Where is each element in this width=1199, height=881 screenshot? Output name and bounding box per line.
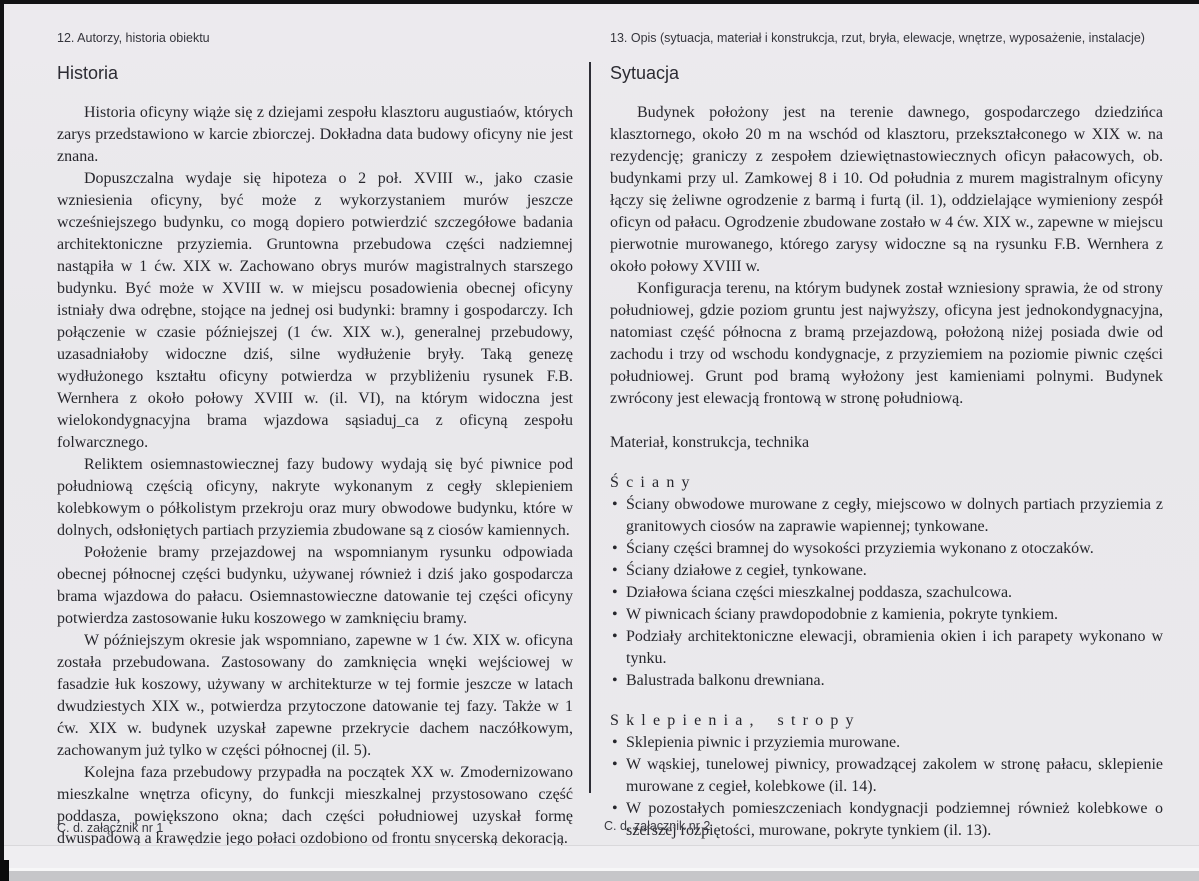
page-divider-line [589, 62, 591, 793]
sklepienia-section-heading: Sklepienia, stropy [610, 710, 1163, 732]
right-page-title: Sytuacja [610, 63, 1163, 84]
left-page-body: Historia oficyny wiąże się z dziejami ze… [57, 102, 573, 850]
paragraph: Kolejna faza przebudowy przypadła na poc… [57, 762, 573, 850]
right-page-body: Budynek położony jest na terenie dawnego… [610, 102, 1163, 410]
right-page: 13. Opis (sytuacja, materiał i konstrukc… [610, 31, 1163, 842]
right-page-footer: C. d. załącznik nr 2 [604, 819, 710, 833]
list-item: Działowa ściana części mieszkalnej podda… [610, 582, 1163, 604]
scan-corner-artifact [0, 860, 9, 881]
list-item: W wąskiej, tunelowej piwnicy, prowadzące… [610, 754, 1163, 798]
right-page-header: 13. Opis (sytuacja, materiał i konstrukc… [610, 31, 1163, 46]
list-item: Ściany działowe z cegieł, tynkowane. [610, 560, 1163, 582]
list-item: Ściany obwodowe murowane z cegły, miejsc… [610, 494, 1163, 538]
paragraph: Położenie bramy przejazdowej na wspomnia… [57, 542, 573, 630]
left-page-header: 12. Autorzy, historia obiektu [57, 31, 573, 46]
underlying-sheet-edge [4, 846, 1199, 868]
left-page-title: Historia [57, 63, 573, 84]
paragraph: Historia oficyny wiąże się z dziejami ze… [57, 102, 573, 168]
list-item: Balustrada balkonu drewniana. [610, 670, 1163, 692]
paragraph: Dopuszczalna wydaje się hipoteza o 2 poł… [57, 168, 573, 454]
scanned-document-spread: 12. Autorzy, historia obiektu Historia H… [0, 0, 1199, 881]
paragraph: W późniejszym okresie jak wspomniano, za… [57, 630, 573, 762]
paragraph: Konfiguracja terenu, na którym budynek z… [610, 278, 1163, 410]
material-konstrukcja-subheading: Materiał, konstrukcja, technika [610, 432, 1163, 454]
list-item: Podziały architektoniczne elewacji, obra… [610, 626, 1163, 670]
paragraph: Budynek położony jest na terenie dawnego… [610, 102, 1163, 278]
sciany-bullet-list: Ściany obwodowe murowane z cegły, miejsc… [610, 494, 1163, 692]
list-item: W piwnicach ściany prawdopodobnie z kami… [610, 604, 1163, 626]
left-page-footer: C. d. załącznik nr 1 [57, 821, 163, 835]
bottom-scan-shadow [4, 871, 1199, 881]
left-page: 12. Autorzy, historia obiektu Historia H… [57, 31, 573, 850]
list-item: Ściany części bramnej do wysokości przyz… [610, 538, 1163, 560]
paragraph: Reliktem osiemnastowiecznej fazy budowy … [57, 454, 573, 542]
sciany-section-heading: Ściany [610, 472, 1163, 494]
list-item: Sklepienia piwnic i przyziemia murowane. [610, 732, 1163, 754]
